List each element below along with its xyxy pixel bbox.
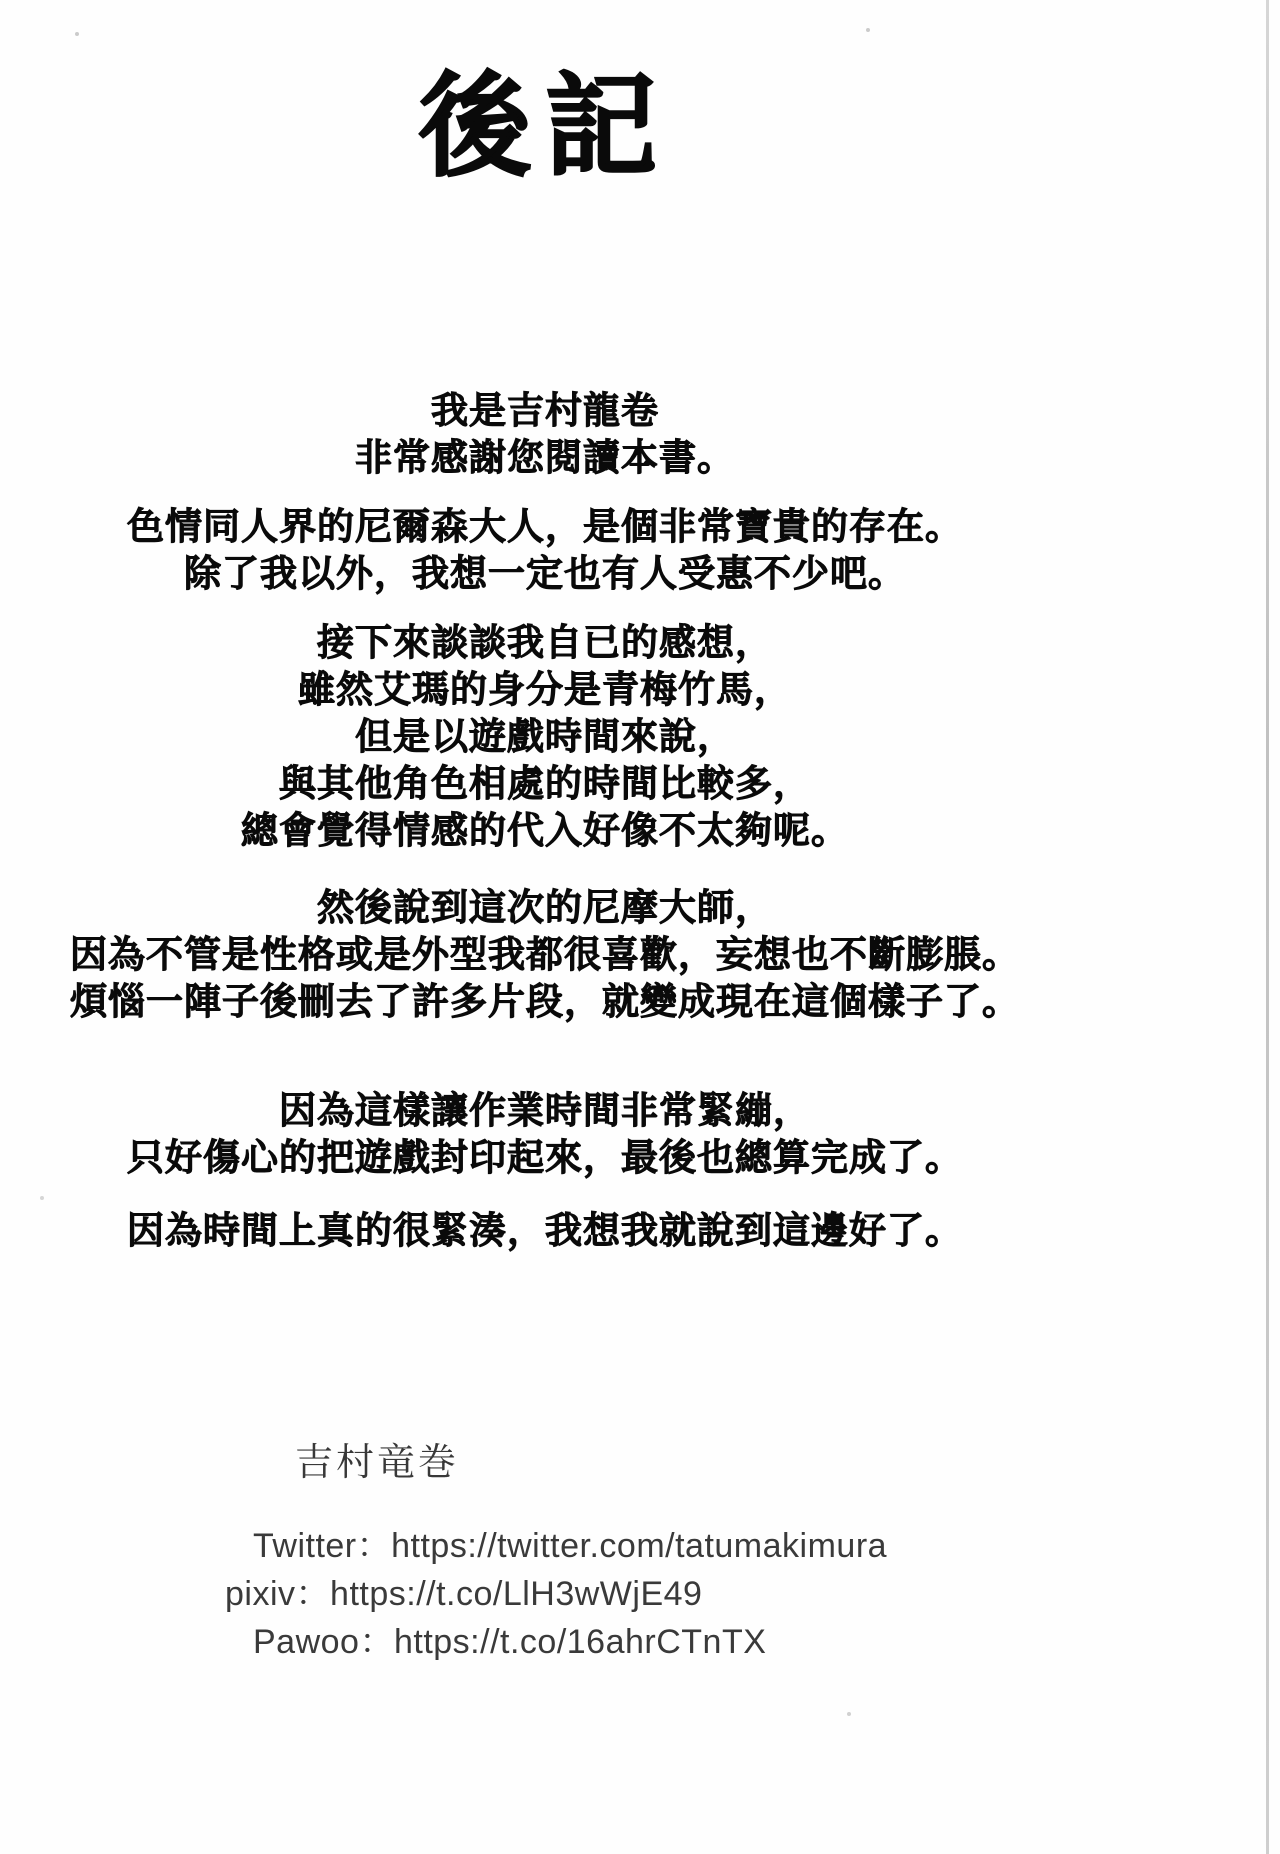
- colon-separator: ：: [357, 1527, 392, 1565]
- text-line: 非常感謝您閱讀本書。: [0, 434, 1090, 481]
- author-name: 吉村竜巻: [295, 1440, 1090, 1484]
- colon-separator: ：: [359, 1623, 394, 1661]
- social-link-label: Pawoo: [253, 1623, 359, 1661]
- afterword-page: 後記 我是吉村龍卷非常感謝您閱讀本書。色情同人界的尼爾森大人，是個非常寶貴的存在…: [0, 0, 1280, 1854]
- paragraph: 色情同人界的尼爾森大人，是個非常寶貴的存在。除了我以外，我想一定也有人受惠不少吧…: [0, 503, 1090, 597]
- social-link-line: Pawoo：https://t.co/16ahrCTnTX: [253, 1618, 1090, 1666]
- paragraph: 我是吉村龍卷非常感謝您閱讀本書。: [0, 387, 1090, 481]
- social-links: Twitter：https://twitter.com/tatumakimura…: [253, 1522, 1090, 1666]
- social-link-url: https://twitter.com/tatumakimura: [391, 1527, 887, 1565]
- text-line: 但是以遊戲時間來說，: [0, 713, 1090, 760]
- paragraph: 因為這樣讓作業時間非常緊繃，只好傷心的把遊戲封印起來，最後也總算完成了。: [0, 1087, 1090, 1181]
- text-line: 色情同人界的尼爾森大人，是個非常寶貴的存在。: [0, 503, 1090, 550]
- social-link-url: https://t.co/LlH3wWjE49: [330, 1575, 702, 1613]
- social-link-line: pixiv：https://t.co/LlH3wWjE49: [225, 1570, 1090, 1618]
- text-line: 總會覺得情感的代入好像不太夠呢。: [0, 807, 1090, 854]
- text-line: 因為時間上真的很緊湊，我想我就說到這邊好了。: [0, 1207, 1090, 1254]
- text-line: 雖然艾瑪的身分是青梅竹馬，: [0, 666, 1090, 713]
- scan-speck-artifacts: [75, 32, 79, 36]
- text-line: 只好傷心的把遊戲封印起來，最後也總算完成了。: [0, 1134, 1090, 1181]
- scan-edge-artifact: [1266, 0, 1269, 1854]
- text-line: 與其他角色相處的時間比較多，: [0, 760, 1090, 807]
- afterword-body-text: 我是吉村龍卷非常感謝您閱讀本書。色情同人界的尼爾森大人，是個非常寶貴的存在。除了…: [0, 387, 1090, 1254]
- text-line: 我是吉村龍卷: [0, 387, 1090, 434]
- social-link-url: https://t.co/16ahrCTnTX: [394, 1623, 766, 1661]
- paragraph: 接下來談談我自已的感想，雖然艾瑪的身分是青梅竹馬，但是以遊戲時間來說，與其他角色…: [0, 619, 1090, 854]
- page-title: 後記: [0, 52, 1090, 202]
- social-link-line: Twitter：https://twitter.com/tatumakimura: [253, 1522, 1090, 1570]
- paragraph: 然後說到這次的尼摩大師，因為不管是性格或是外型我都很喜歡，妄想也不斷膨脹。煩惱一…: [0, 884, 1090, 1025]
- text-line: 然後說到這次的尼摩大師，: [0, 884, 1090, 931]
- text-line: 接下來談談我自已的感想，: [0, 619, 1090, 666]
- page-content: 後記 我是吉村龍卷非常感謝您閱讀本書。色情同人界的尼爾森大人，是個非常寶貴的存在…: [0, 0, 1090, 1666]
- colon-separator: ：: [296, 1575, 331, 1613]
- text-line: 因為這樣讓作業時間非常緊繃，: [0, 1087, 1090, 1134]
- text-line: 除了我以外，我想一定也有人受惠不少吧。: [0, 550, 1090, 597]
- text-line: 因為不管是性格或是外型我都很喜歡，妄想也不斷膨脹。: [0, 931, 1090, 978]
- social-link-label: Twitter: [253, 1527, 357, 1565]
- paragraph: 因為時間上真的很緊湊，我想我就說到這邊好了。: [0, 1207, 1090, 1254]
- social-link-label: pixiv: [225, 1575, 296, 1613]
- text-line: 煩惱一陣子後刪去了許多片段，就變成現在這個樣子了。: [0, 978, 1090, 1025]
- footer: 吉村竜巻 Twitter：https://twitter.com/tatumak…: [0, 1440, 1090, 1666]
